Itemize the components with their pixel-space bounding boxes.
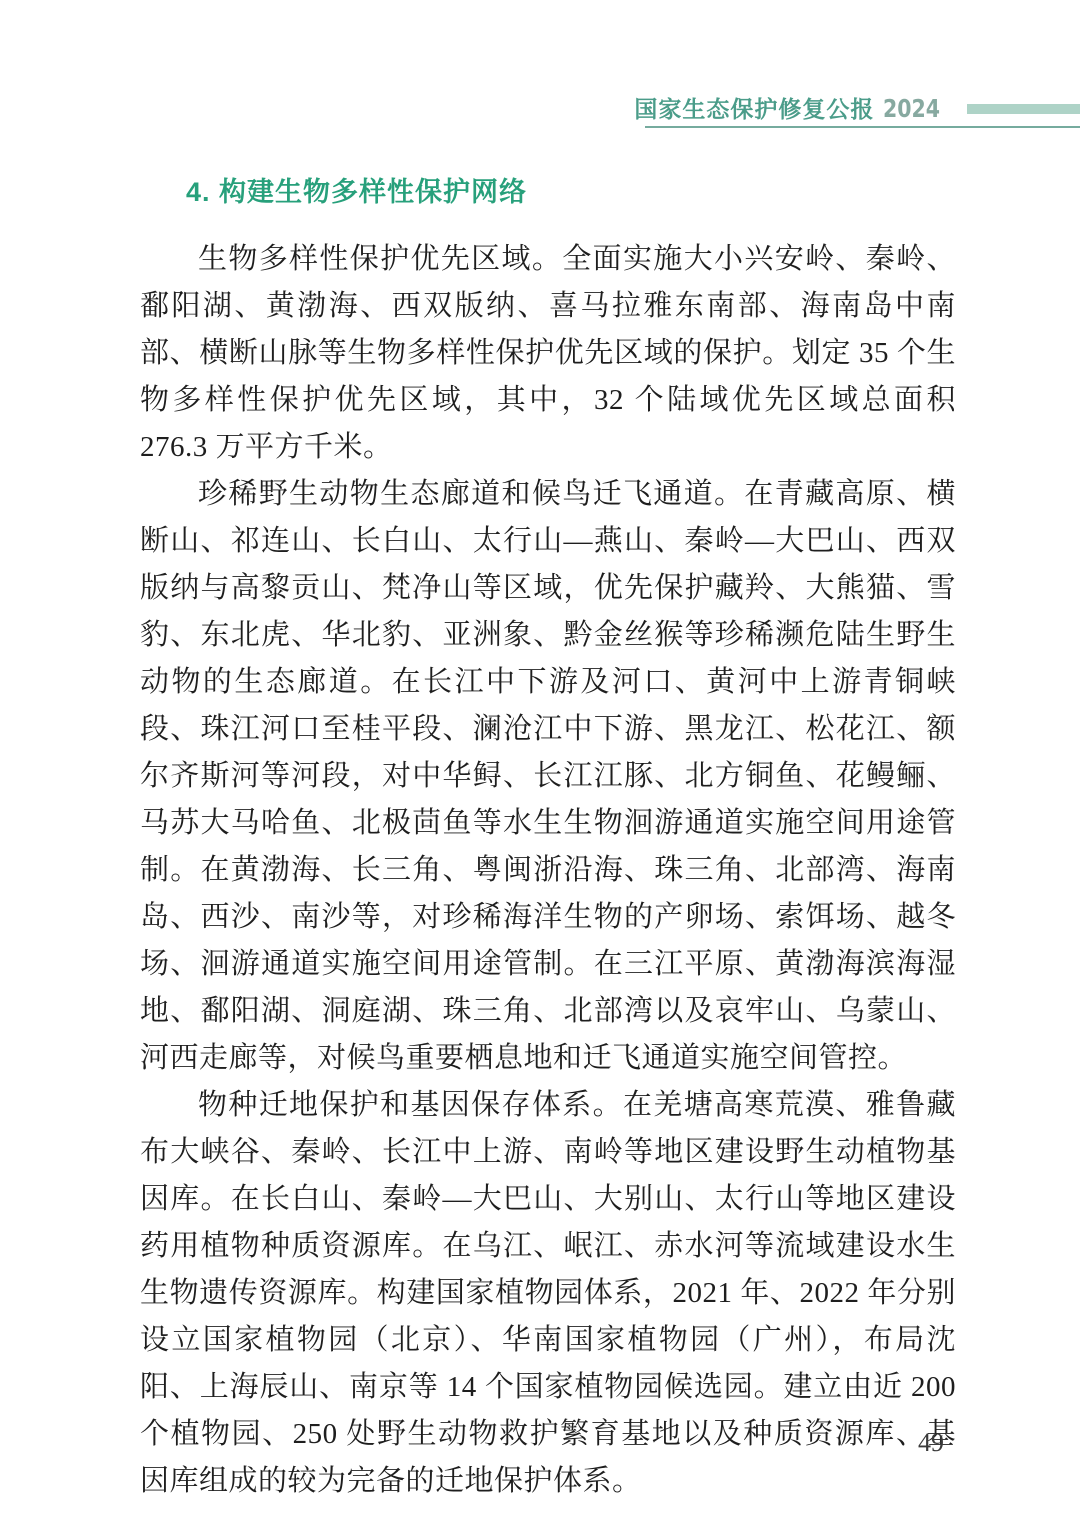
page-header: 国家生态保护修复公报 2024 xyxy=(0,0,1080,140)
page-number: 49 xyxy=(918,1428,944,1458)
header-year: 2024 xyxy=(883,96,940,122)
paragraph-ex-situ-conservation: 物种迁地保护和基因保存体系。在羌塘高寒荒漠、雅鲁藏布大峡谷、秦岭、长江中上游、南… xyxy=(140,1082,956,1505)
paragraph-wildlife-corridors: 珍稀野生动物生态廊道和候鸟迁飞通道。在青藏高原、横断山、祁连山、长白山、太行山—… xyxy=(140,471,956,1082)
section-heading: 4. 构建生物多样性保护网络 xyxy=(140,170,956,209)
header-rule-line xyxy=(645,126,1080,128)
paragraph-priority-areas: 生物多样性保护优先区域。全面实施大小兴安岭、秦岭、鄱阳湖、黄渤海、西双版纳、喜马… xyxy=(140,236,956,471)
document-page: 国家生态保护修复公报 2024 4. 构建生物多样性保护网络 生物多样性保护优先… xyxy=(0,0,1080,1527)
header-title: 国家生态保护修复公报 xyxy=(634,96,874,122)
main-content: 4. 构建生物多样性保护网络 生物多样性保护优先区域。全面实施大小兴安岭、秦岭、… xyxy=(140,170,956,1505)
header-accent-bar xyxy=(967,104,1080,114)
header-title-row: 国家生态保护修复公报 2024 xyxy=(634,96,1080,122)
